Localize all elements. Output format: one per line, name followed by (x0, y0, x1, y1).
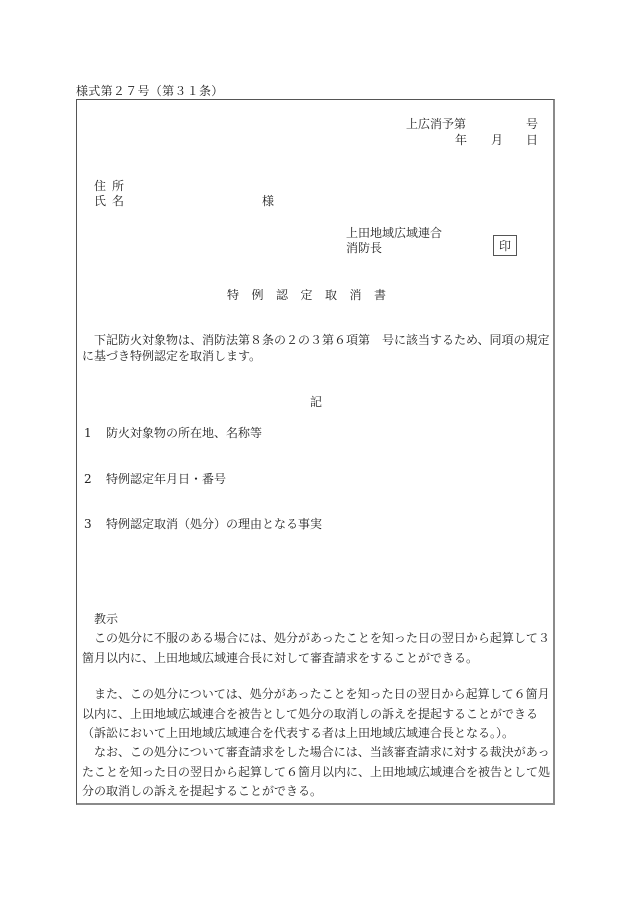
issuer-title: 消防長 (346, 242, 382, 254)
notice-heading: 教示 (94, 613, 118, 625)
notice-paragraph: なお、この処分について審査請求をした場合には、当該審査請求に対する裁決があったこ… (82, 743, 552, 802)
document-number-suffix: 号 (526, 118, 538, 130)
date-day-label: 日 (526, 134, 538, 146)
notice-paragraph: この処分に不服のある場合には、処分があったことを知った日の翌日から起算して３箇月… (82, 629, 552, 668)
seal-box: 印 (493, 235, 517, 256)
item-number: 1 (84, 427, 106, 439)
ki-label: 記 (310, 396, 322, 408)
issuer-organization: 上田地域広域連合 (346, 227, 442, 239)
date-month-label: 月 (491, 134, 503, 146)
item-label: 防火対象物の所在地、名称等 (106, 426, 262, 440)
body-paragraph: 下記防火対象物は、消防法第８条の２の３第６項第 号に該当するため、同項の規定に基… (82, 332, 552, 364)
date-year-label: 年 (455, 134, 467, 146)
recipient-honorific: 様 (262, 195, 274, 207)
list-item: 2特例認定年月日・番号 (84, 473, 226, 485)
document-title: 特例認定取消書 (227, 289, 399, 301)
seal-label: 印 (499, 237, 511, 254)
item-number: 2 (84, 473, 106, 485)
item-label: 特例認定年月日・番号 (106, 472, 226, 486)
item-label: 特例認定取消（処分）の理由となる事実 (106, 517, 322, 531)
recipient-address-label: 住所 (94, 180, 130, 192)
notice-paragraph: また、この処分については、処分があったことを知った日の翌日から起算して６箇月以内… (82, 685, 552, 744)
recipient-name-label: 氏名 (94, 195, 130, 207)
list-item: 3特例認定取消（処分）の理由となる事実 (84, 518, 322, 530)
document-number-label: 上広消予第 (406, 118, 466, 130)
list-item: 1防火対象物の所在地、名称等 (84, 427, 262, 439)
form-number: 様式第２７号（第３１条） (76, 85, 224, 97)
item-number: 3 (84, 518, 106, 530)
